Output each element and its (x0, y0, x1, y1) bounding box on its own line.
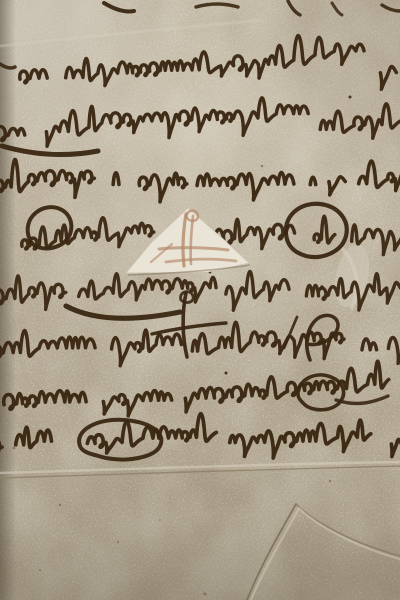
paper-speck (204, 593, 207, 596)
paper-speck (13, 447, 16, 450)
ink-dot (349, 96, 352, 99)
ink-dot (320, 285, 324, 289)
ink-dot (225, 372, 228, 375)
manuscript-photo (0, 0, 400, 600)
manuscript-canvas (0, 0, 400, 600)
paper-speck (117, 541, 119, 543)
paper-speck (159, 519, 161, 521)
paper-speck (261, 165, 264, 168)
ink-dot (93, 231, 96, 234)
paper-speck (59, 504, 61, 506)
paper-speck (329, 480, 331, 482)
paper-speck (39, 569, 41, 571)
